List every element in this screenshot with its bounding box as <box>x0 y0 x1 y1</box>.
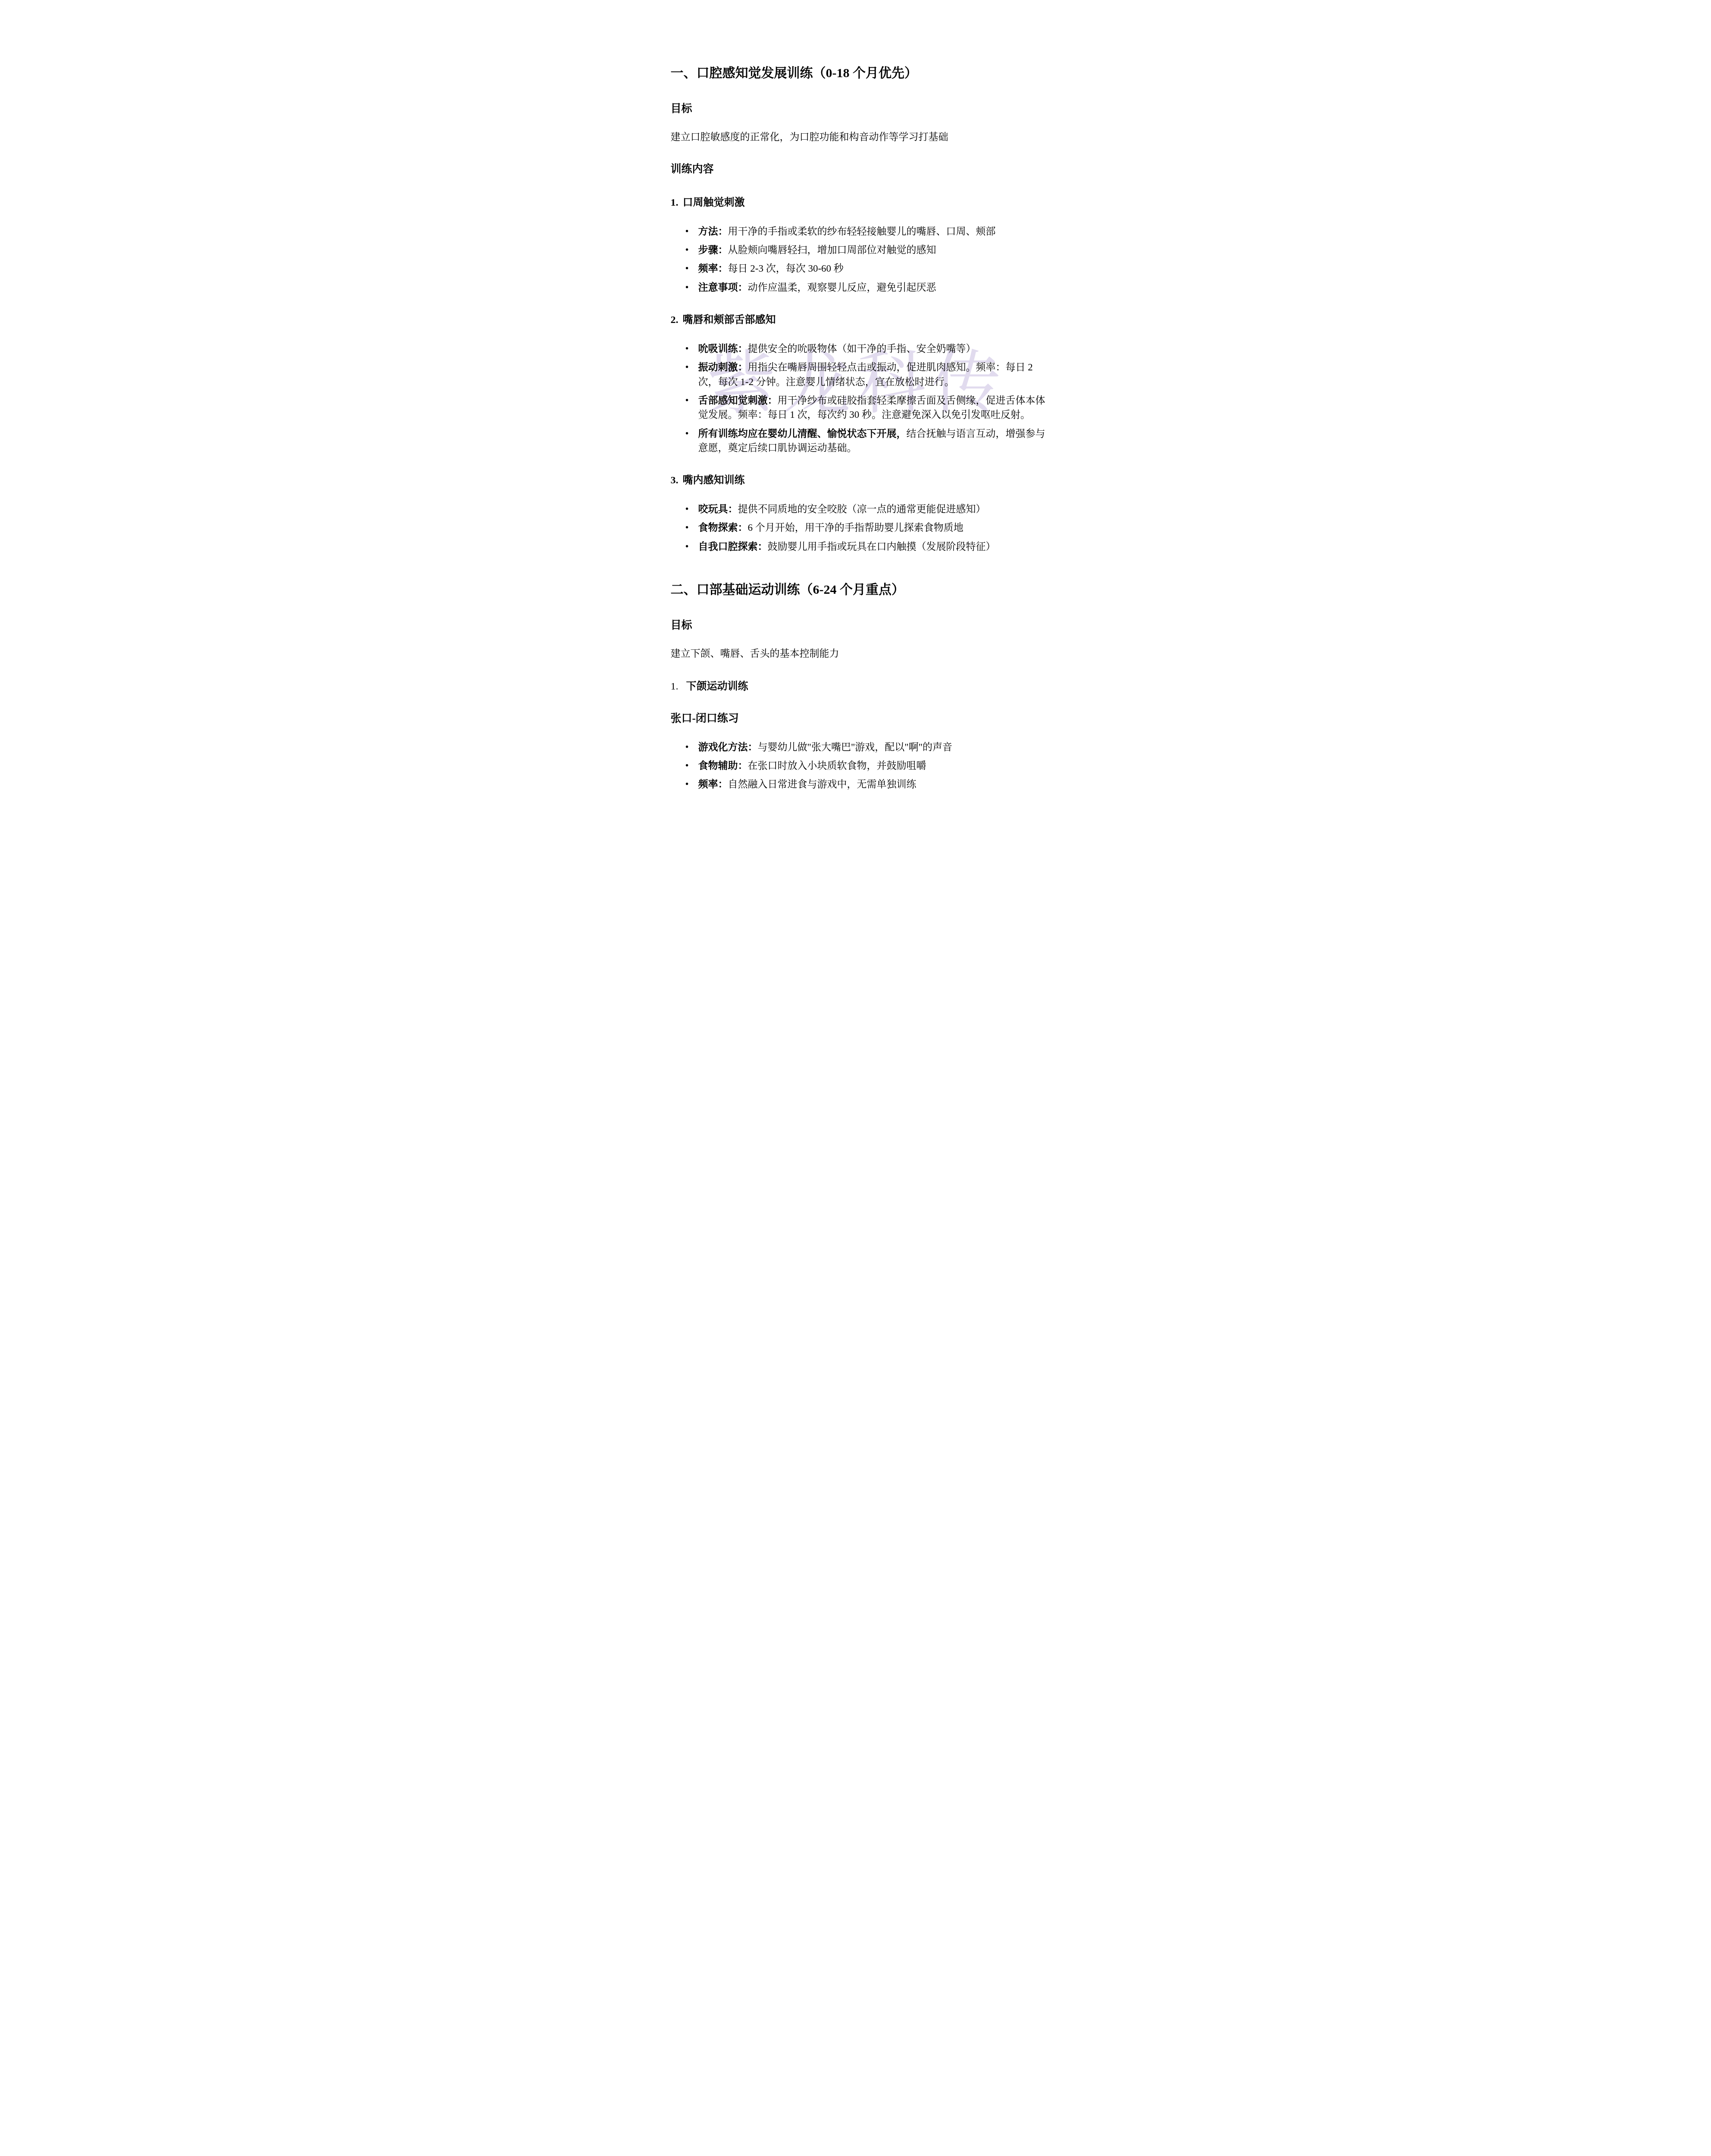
bullet-label: 吮吸训练： <box>698 343 748 354</box>
bullet-label: 所有训练均应在婴幼儿清醒、愉悦状态下开展， <box>698 428 907 439</box>
bullet-label: 注意事项： <box>698 282 748 293</box>
bullet-text: 与婴幼儿做"张大嘴巴"游戏，配以"啊"的声音 <box>758 742 953 752</box>
bullet-text: 动作应温柔，观察婴儿反应，避免引起厌恶 <box>748 282 936 293</box>
bullet-label: 步骤： <box>698 244 728 255</box>
section1-goal-heading: 目标 <box>671 101 1054 117</box>
section1-goal-text: 建立口腔敏感度的正常化，为口腔功能和构音动作等学习打基础 <box>671 130 1054 144</box>
section1-heading: 一、口腔感知觉发展训练（0-18 个月优先） <box>671 65 1054 81</box>
item-2-number: 2. <box>671 314 679 326</box>
item-2-heading: 2.嘴唇和颊部舌部感知 <box>671 313 1054 328</box>
list-item: 舌部感知觉刺激：用干净纱布或硅胶指套轻柔摩擦舌面及舌侧缘，促进舌体本体觉发展。频… <box>698 393 1054 422</box>
bullet-text: 提供安全的吮吸物体（如干净的手指、安全奶嘴等） <box>748 343 976 354</box>
list-item: 步骤：从脸颊向嘴唇轻扫，增加口周部位对触觉的感知 <box>698 243 1054 257</box>
bullet-text: 自然融入日常进食与游戏中，无需单独训练 <box>728 779 916 790</box>
list-item: 吮吸训练：提供安全的吮吸物体（如干净的手指、安全奶嘴等） <box>698 342 1054 356</box>
document-page: 紫龙科传 一、口腔感知觉发展训练（0-18 个月优先） 目标 建立口腔敏感度的正… <box>599 0 1112 836</box>
item-1-title: 口周触觉刺激 <box>683 197 745 208</box>
bullet-label: 咬玩具： <box>698 504 738 514</box>
bullet-label: 游戏化方法： <box>698 742 758 752</box>
document-content: 一、口腔感知觉发展训练（0-18 个月优先） 目标 建立口腔敏感度的正常化，为口… <box>671 65 1054 792</box>
section2-heading: 二、口部基础运动训练（6-24 个月重点） <box>671 581 1054 598</box>
list-item: 注意事项：动作应温柔，观察婴儿反应，避免引起厌恶 <box>698 280 1054 295</box>
list-item: 自我口腔探索：鼓励婴儿用手指或玩具在口内触摸（发展阶段特征） <box>698 539 1054 554</box>
exercise-bullet-list: 游戏化方法：与婴幼儿做"张大嘴巴"游戏，配以"啊"的声音 食物辅助：在张口时放入… <box>671 740 1054 792</box>
list-item: 振动刺激：用指尖在嘴唇周围轻轻点击或振动，促进肌肉感知。频率：每日 2 次，每次… <box>698 360 1054 389</box>
bullet-text: 从脸颊向嘴唇轻扫，增加口周部位对触觉的感知 <box>728 244 936 255</box>
list-item: 食物探索：6 个月开始，用干净的手指帮助婴儿探索食物质地 <box>698 520 1054 535</box>
item-3-title: 嘴内感知训练 <box>683 475 745 486</box>
list-item: 方法：用干净的手指或柔软的纱布轻轻接触婴儿的嘴唇、口周、颊部 <box>698 224 1054 238</box>
list-item: 所有训练均应在婴幼儿清醒、愉悦状态下开展，结合抚触与语言互动，增强参与意愿，奠定… <box>698 426 1054 455</box>
list-item: 游戏化方法：与婴幼儿做"张大嘴巴"游戏，配以"啊"的声音 <box>698 740 1054 754</box>
bullet-label: 自我口腔探索： <box>698 541 768 552</box>
item-2-bullet-list: 吮吸训练：提供安全的吮吸物体（如干净的手指、安全奶嘴等） 振动刺激：用指尖在嘴唇… <box>671 342 1054 455</box>
section2-goal-heading: 目标 <box>671 618 1054 633</box>
item-3-number: 3. <box>671 475 679 486</box>
bullet-text: 每日 2-3 次，每次 30-60 秒 <box>728 263 844 274</box>
item-3-bullet-list: 咬玩具：提供不同质地的安全咬胶（凉一点的通常更能促进感知） 食物探索：6 个月开… <box>671 502 1054 554</box>
section2-sub-title: 下颌运动训练 <box>686 681 748 692</box>
item-1-bullet-list: 方法：用干净的手指或柔软的纱布轻轻接触婴儿的嘴唇、口周、颊部 步骤：从脸颊向嘴唇… <box>671 224 1054 295</box>
list-item: 咬玩具：提供不同质地的安全咬胶（凉一点的通常更能促进感知） <box>698 502 1054 516</box>
bullet-text: 6 个月开始，用干净的手指帮助婴儿探索食物质地 <box>748 522 963 533</box>
bullet-label: 方法： <box>698 226 728 237</box>
exercise-heading: 张口-闭口练习 <box>671 711 1054 727</box>
bullet-text: 用干净的手指或柔软的纱布轻轻接触婴儿的嘴唇、口周、颊部 <box>728 226 996 237</box>
item-3-heading: 3.嘴内感知训练 <box>671 473 1054 488</box>
bullet-text: 用指尖在嘴唇周围轻轻点击或振动，促进肌肉感知。频率：每日 2 次，每次 1-2 … <box>698 362 1033 387</box>
item-1-heading: 1.口周触觉刺激 <box>671 195 1054 210</box>
list-item: 频率：自然融入日常进食与游戏中，无需单独训练 <box>698 777 1054 791</box>
section2-sub-heading: 1.下颌运动训练 <box>671 679 1054 694</box>
bullet-text: 在张口时放入小块质软食物，并鼓励咀嚼 <box>748 760 926 771</box>
bullet-label: 舌部感知觉刺激： <box>698 395 778 406</box>
section1-content-heading: 训练内容 <box>671 162 1054 177</box>
bullet-label: 频率： <box>698 779 728 790</box>
bullet-label: 食物探索： <box>698 522 748 533</box>
list-item: 频率：每日 2-3 次，每次 30-60 秒 <box>698 261 1054 276</box>
bullet-label: 频率： <box>698 263 728 274</box>
bullet-text: 鼓励婴儿用手指或玩具在口内触摸（发展阶段特征） <box>768 541 996 552</box>
item-2-title: 嘴唇和颊部舌部感知 <box>683 314 776 326</box>
bullet-text: 提供不同质地的安全咬胶（凉一点的通常更能促进感知） <box>738 504 986 514</box>
item-1-number: 1. <box>671 197 679 208</box>
list-item: 食物辅助：在张口时放入小块质软食物，并鼓励咀嚼 <box>698 758 1054 773</box>
bullet-label: 振动刺激： <box>698 362 748 373</box>
bullet-label: 食物辅助： <box>698 760 748 771</box>
section2-sub-number: 1. <box>671 681 679 692</box>
section2-goal-text: 建立下颌、嘴唇、舌头的基本控制能力 <box>671 646 1054 661</box>
